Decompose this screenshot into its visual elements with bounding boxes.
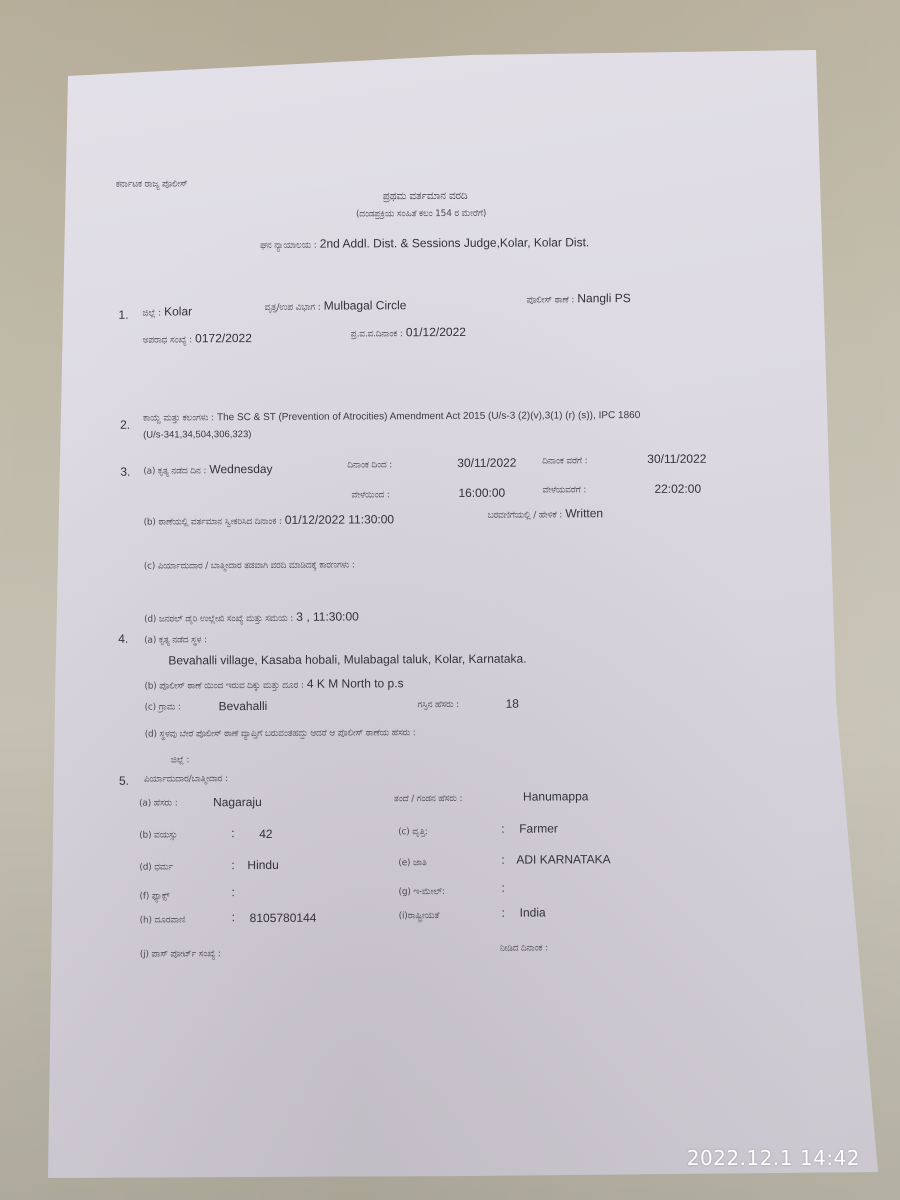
fir-date-label: ಪ್ರ.ವ.ವ.ದಿನಾಂಕ : [351,329,403,339]
court-label: ಘನ ನ್ಯಾಯಾಲಯ : [260,241,316,251]
date-from-label: ದಿನಾಂಕ ದಿಂದ : [347,460,392,470]
delay-reason-label: (c) ಪಿರ್ಯಾದುದಾರ / ಬಾತ್ಮೀದಾರ ತಡವಾಗಿ ವರದಿ … [144,560,355,571]
date-to-label: ದಿನಾಂಕ ವರೆಗೆ : [542,456,587,466]
other-station-label: (d) ಸ್ಥಳವು ಬೇರೆ ಪೊಲೀಸ್ ಠಾಣೆ ವ್ಯಾಪ್ತಿಗೆ ಬ… [145,728,416,739]
received-date-label: (b) ಠಾಣೆಯಲ್ಲಿ ವರ್ತಮಾನ ಸ್ವೀಕರಿಸಿದ ದಿನಾಂಕ … [144,517,282,528]
acts-label: ಕಾಯ್ದೆ ಮತ್ತು ಕಲಂಗಳು : [143,413,214,423]
email-label: (g) ಇ-ಮೇಲ್: [399,887,445,897]
direction-distance-field: (b) ಪೊಲೀಸ್ ಠಾಣೆ ಯಿಂದ ಇರುವ ದಿಕ್ಕು ಮತ್ತು ದ… [144,676,403,691]
acts-field: ಕಾಯ್ದೆ ಮತ್ತು ಕಲಂಗಳು : The SC & ST (Preve… [143,409,640,424]
station-field: ಪೊಲೀಸ್ ಠಾಣೆ : Nangli PS [526,291,630,306]
section3-number: 3. [120,465,130,479]
section2-number: 2. [120,418,130,432]
age-colon: : [231,826,234,840]
date-from-value: 30/11/2022 [457,456,516,470]
received-mode-field: ಬರವಣಿಗೆಯಲ್ಲಿ / ಹೇಳಿಕೆ : Written [488,506,604,521]
station-label: ಪೊಲೀಸ್ ಠಾಣೆ : [526,295,574,305]
fir-date-field: ಪ್ರ.ವ.ವ.ದಿನಾಂಕ : 01/12/2022 [351,325,466,340]
occupation-value: Farmer [519,821,558,835]
received-date-value: 01/12/2022 11:30:00 [285,512,394,527]
crime-place-label: (a) ಕೃತ್ಯ ನಡೆದ ಸ್ಥಳ : [144,635,207,645]
gd-ref-label: (d) ಜನರಲ್ ಡೈರಿ ಉಲ್ಲೇಖಿ ಸಂಖ್ಯೆ ಮತ್ತು ಸಮಯ … [144,614,293,625]
father-value: Hanumappa [523,789,588,803]
received-mode-value: Written [565,506,603,520]
circle-field: ವೃತ್ತ/ಉಪ ವಿಭಾಗ : Mulbagal Circle [264,298,406,313]
email-colon: : [501,881,504,895]
fax-label: (f) ಫ್ಯಾಕ್ಸ್ [140,891,170,901]
father-label: ತಂದೆ / ಗಂಡನ ಹೆಸರು : [394,794,462,804]
district-value: Kolar [164,304,192,318]
direction-distance-label: (b) ಪೊಲೀಸ್ ಠಾಣೆ ಯಿಂದ ಇರುವ ದಿಕ್ಕು ಮತ್ತು ದ… [144,681,303,692]
village-label: (c) ಗ್ರಾಮ : [145,702,181,712]
received-mode-label: ಬರವಣಿಗೆಯಲ್ಲಿ / ಹೇಳಿಕೆ : [488,510,563,520]
religion-value: Hindu [247,858,278,872]
occupation-label: (c) ವೃತ್ತಿ: [398,827,427,837]
complainant-title: ಪಿರ್ಯಾದುದಾರ/ಬಾತ್ಮೀದಾರ : [144,774,228,784]
phone-label: (h) ದೂರವಾಣಿ [140,915,186,925]
beat-label: ಗಸ್ತಿನ ಹೆಸರು : [418,700,459,710]
court-line: ಘನ ನ್ಯಾಯಾಲಯ : 2nd Addl. Dist. & Sessions… [260,235,589,251]
crime-no-label: ಅಪರಾಧ ಸಂಖ್ಯೆ : [143,335,192,345]
crime-day-value: Wednesday [209,462,272,476]
nationality-value: India [520,906,546,920]
received-date-field: (b) ಠಾಣೆಯಲ್ಲಿ ವರ್ತಮಾನ ಸ್ವೀಕರಿಸಿದ ದಿನಾಂಕ … [144,512,395,527]
district-field: ಜಿಲ್ಲೆ : Kolar [142,304,192,318]
time-to-label: ವೇಳೆಯವರೆಗೆ : [542,485,586,495]
caste-value: ADI KARNATAKA [516,852,610,866]
crime-place-value: Bevahalli village, Kasaba hobali, Mulaba… [168,652,526,668]
doc-subtitle: (ದಂಡಪ್ರಕ್ರಿಯ ಸಂಹಿತೆ ಕಲಂ 154 ರ ಮೇರೆಗೆ) [356,209,486,220]
issue-date-field: ನೀಡಿದ ದಿನಾಂಕ : [500,939,548,953]
date-to-value: 30/11/2022 [647,452,706,466]
direction-distance-value: 4 K M North to p.s [307,676,404,691]
doc-title: ಪ್ರಥಮ ವರ್ತಮಾನ ವರದಿ [383,190,468,203]
age-value: 42 [259,827,272,841]
occupation-colon: : [501,822,504,836]
name-label: (a) ಹೆಸರು : [139,798,178,808]
religion-label: (d) ಧರ್ಮ [139,862,172,872]
caste-colon: : [501,853,504,867]
acts-value-line2: (U/s-341,34,504,306,323) [143,429,251,441]
phone-colon: : [232,910,235,924]
fir-date-value: 01/12/2022 [406,325,466,339]
org-name: ಕರ್ನಾಟಕ ರಾಜ್ಯ ಪೊಲೀಸ್ [116,179,188,189]
crime-day-label: (a) ಕೃತ್ಯ ನಡೆದ ದಿನ : [143,466,206,476]
circle-label: ವೃತ್ತ/ಉಪ ವಿಭಾಗ : [264,303,320,313]
photo-timestamp: 2022.12.1 14:42 [687,1146,860,1170]
gd-ref-value: 3 , 11:30:00 [296,609,359,623]
time-from-value: 16:00:00 [458,486,505,500]
district-label: ಜಿಲ್ಲೆ : [142,309,160,319]
acts-value-line1: The SC & ST (Prevention of Atrocities) A… [217,410,640,423]
nationality-colon: : [502,906,505,920]
other-station-field: (d) ಸ್ಥಳವು ಬೇರೆ ಪೊಲೀಸ್ ಠಾಣೆ ವ್ಯಾಪ್ತಿಗೆ ಬ… [145,724,416,739]
crime-no-value: 0172/2022 [195,331,252,345]
delay-reason-field: (c) ಪಿರ್ಯಾದುದಾರ / ಬಾತ್ಮೀದಾರ ತಡವಾಗಿ ವರದಿ … [144,556,355,571]
court-value: 2nd Addl. Dist. & Sessions Judge,Kolar, … [320,235,590,250]
crime-day-field: (a) ಕೃತ್ಯ ನಡೆದ ದಿನ : Wednesday [143,462,272,477]
time-to-value: 22:02:00 [654,482,701,496]
station-value: Nangli PS [577,291,630,305]
crime-no-field: ಅಪರಾಧ ಸಂಖ್ಯೆ : 0172/2022 [143,331,252,346]
age-label: (b) ವಯಸ್ಸು [139,830,177,840]
time-from-label: ವೇಳೆಯಿಂದ : [351,490,389,500]
issue-date-label: ನೀಡಿದ ದಿನಾಂಕ : [500,943,548,953]
section5-number: 5. [119,774,129,788]
nationality-label: (i)ರಾಷ್ಟ್ರೀಯತೆ [399,911,440,921]
beat-value: 18 [506,697,519,711]
village-value: Bevahalli [219,699,268,713]
other-district-field: ಜಿಲ್ಲೆ : [171,751,189,765]
fax-colon: : [231,885,234,899]
gd-ref-field: (d) ಜನರಲ್ ಡೈರಿ ಉಲ್ಲೇಖಿ ಸಂಖ್ಯೆ ಮತ್ತು ಸಮಯ … [144,609,359,624]
other-district-label: ಜಿಲ್ಲೆ : [171,755,189,765]
caste-label: (e) ಜಾತಿ [398,858,426,868]
fir-document: ಕರ್ನಾಟಕ ರಾಜ್ಯ ಪೊಲೀಸ್ ಪ್ರಥಮ ವರ್ತಮಾನ ವರದಿ … [0,0,900,1200]
passport-field: (j) ಪಾಸ್ ಪೋರ್ಟ್ ಸಂಖ್ಯೆ : [140,945,221,959]
circle-value: Mulbagal Circle [324,298,407,312]
phone-value: 8105780144 [250,911,317,925]
religion-colon: : [231,858,234,872]
section1-number: 1. [118,308,128,322]
section4-number: 4. [118,632,128,646]
name-value: Nagaraju [213,795,262,809]
passport-label: (j) ಪಾಸ್ ಪೋರ್ಟ್ ಸಂಖ್ಯೆ : [140,949,221,959]
